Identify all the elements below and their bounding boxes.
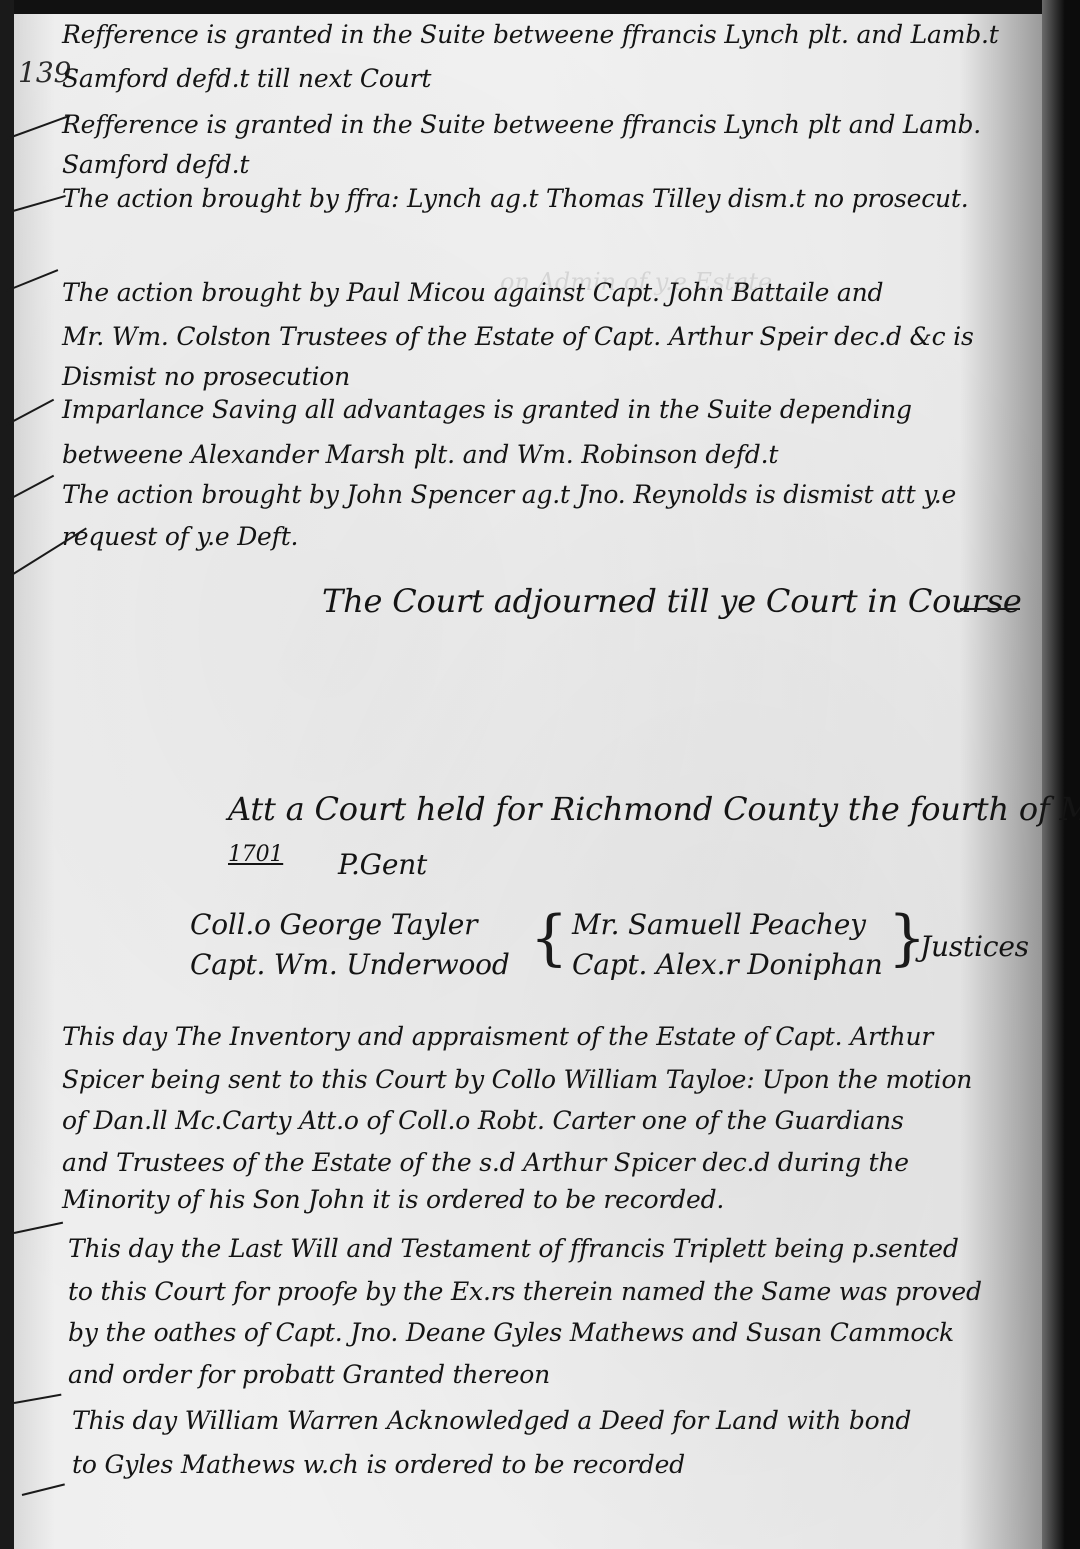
entry-line: and Trustees of the Estate of the s.d Ar… [62, 1148, 909, 1177]
court-heading: Att a Court held for Richmond County the… [228, 790, 1080, 828]
scan-left-border [0, 0, 14, 1549]
scan-top-border [0, 0, 1080, 14]
entry-line: and order for probatt Granted thereon [68, 1360, 550, 1389]
entry-line: to this Court for proofe by the Ex.rs th… [68, 1277, 982, 1306]
entry-line: Samford defd.t till next Court [62, 64, 431, 93]
justice-name: Coll.o George Tayler [190, 908, 477, 941]
flourish-line [960, 608, 1020, 610]
entry-line: Samford defd.t [62, 150, 249, 179]
entry-line: Minority of his Son John it is ordered t… [62, 1185, 724, 1214]
justice-name: Mr. Samuell Peachey [572, 908, 866, 941]
entry-line: betweene Alexander Marsh plt. and Wm. Ro… [62, 440, 778, 469]
entry-line: This day the Last Will and Testament of … [68, 1234, 959, 1263]
entry-line: Mr. Wm. Colston Trustees of the Estate o… [62, 322, 974, 351]
entry-line: of Dan.ll Mc.Carty Att.o of Coll.o Robt.… [62, 1106, 904, 1135]
entry-line: by the oathes of Capt. Jno. Deane Gyles … [68, 1318, 954, 1347]
justices-label: Justices [920, 930, 1029, 963]
entry-line: The action brought by ffra: Lynch ag.t T… [62, 184, 969, 213]
present-label: P.Gent [338, 848, 427, 881]
scan-right-border [1042, 0, 1080, 1549]
entry-line: Refference is granted in the Suite betwe… [62, 110, 981, 139]
entry-line: to Gyles Mathews w.ch is ordered to be r… [72, 1450, 685, 1479]
justice-name: Capt. Wm. Underwood [190, 948, 510, 981]
court-year: 1701 [228, 842, 283, 867]
adjournment-line: The Court adjourned till ye Court in Cou… [322, 582, 1022, 620]
entry-line: Refference is granted in the Suite betwe… [62, 20, 999, 49]
entry-line: This day William Warren Acknowledged a D… [72, 1406, 911, 1435]
entry-line: request of y.e Deft. [62, 522, 298, 551]
entry-line: This day The Inventory and appraisment o… [62, 1022, 933, 1051]
justice-name: Capt. Alex.r Doniphan [572, 948, 883, 981]
brace-symbol: { [530, 908, 568, 968]
entry-line: The action brought by John Spencer ag.t … [62, 480, 956, 509]
entry-line: Dismist no prosecution [62, 362, 350, 391]
entry-line: The action brought by Paul Micou against… [62, 278, 883, 307]
entry-line: Imparlance Saving all advantages is gran… [62, 395, 912, 424]
entry-line: Spicer being sent to this Court by Collo… [62, 1065, 972, 1094]
